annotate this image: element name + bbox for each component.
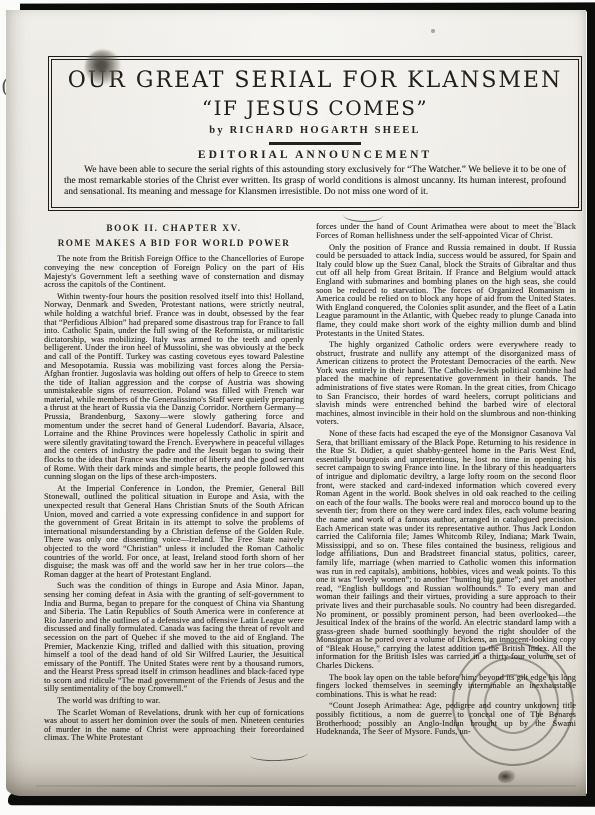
article-paragraph: The note from the British Foreign Office…: [44, 255, 304, 289]
article-paragraph: forces under the hand of Count Arimathea…: [316, 223, 576, 240]
ink-smudge: [85, 50, 121, 84]
serial-title: OUR GREAT SERIAL FOR KLANSMEN: [62, 68, 568, 94]
article-paragraph: Within twenty-four hours the position re…: [44, 293, 304, 482]
left-column: BOOK II. CHAPTER XV. ROME MAKES A BID FO…: [44, 223, 304, 746]
article-paragraph: Only the position of France and Russia r…: [316, 244, 576, 339]
magazine-page: OUR GREAT SERIAL FOR KLANSMEN “IF JESUS …: [6, 10, 586, 796]
left-column-paragraphs: The note from the British Foreign Office…: [44, 255, 304, 743]
article-paragraph: Such was the condition of things in Euro…: [44, 582, 304, 694]
scan-edge-right: [587, 4, 595, 804]
serial-announcement-box: OUR GREAT SERIAL FOR KLANSMEN “IF JESUS …: [48, 56, 582, 211]
section-heading: ROME MAKES A BID FOR WORLD POWER: [44, 238, 304, 248]
byline: by RICHARD HOGARTH SHEEL: [62, 125, 568, 136]
article-paragraph: At the Imperial Conference in London, th…: [44, 485, 304, 580]
chapter-heading: BOOK II. CHAPTER XV.: [44, 223, 304, 233]
paper-speckles: [6, 10, 8, 12]
pen-underline-left: [250, 751, 308, 763]
editorial-announcement-heading: EDITORIAL ANNOUNCEMENT: [62, 149, 568, 161]
divider-rule: [269, 142, 361, 145]
article-paragraph: The Scarlet Woman of Revelations, drunk …: [44, 709, 304, 743]
article-paragraph: The world was drifting to war.: [44, 697, 304, 706]
serial-subtitle: “IF JESUS COMES”: [62, 96, 568, 120]
article-paragraph: The highly organized Catholic orders wer…: [316, 341, 576, 427]
editorial-announcement-text: We have been able to secure the serial r…: [64, 165, 566, 199]
pen-underline-right: [343, 213, 383, 223]
dirt-spot: [498, 770, 515, 783]
scanned-page: ( OUR GREAT SERIAL FOR KLANSMEN “IF JESU…: [0, 0, 595, 815]
article-paragraph: None of these facts had escaped the eye …: [316, 430, 576, 671]
